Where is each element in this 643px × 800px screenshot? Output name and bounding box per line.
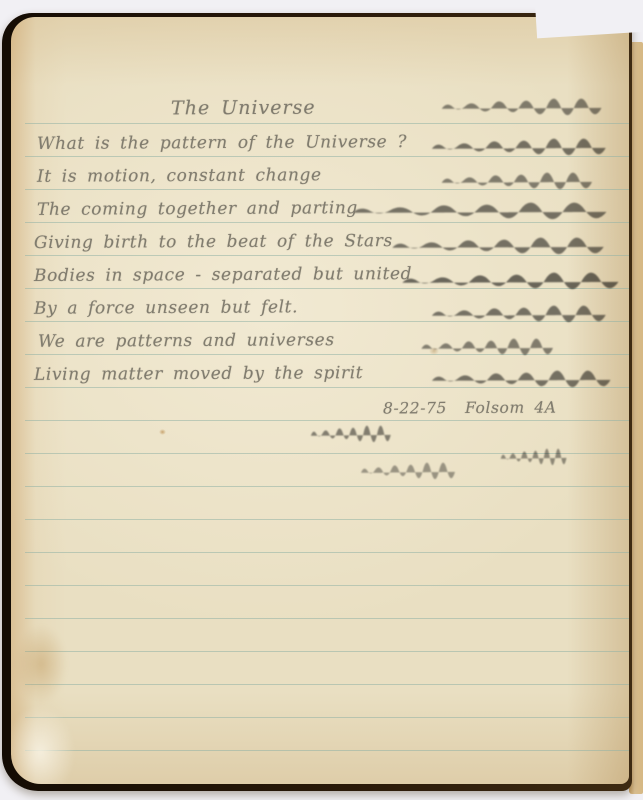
poem-line: It is motion, constant change bbox=[37, 162, 322, 189]
bleedthrough-writing bbox=[440, 98, 610, 116]
notebook-page: The Universe What is the pattern of the … bbox=[11, 17, 629, 784]
poem-line: We are patterns and universes bbox=[38, 327, 335, 355]
page-title: The Universe bbox=[171, 95, 316, 122]
poem-line: What is the pattern of the Universe ? bbox=[37, 129, 407, 157]
date-stamp: 8-22-75 bbox=[383, 399, 447, 417]
notebook-binding-edge: The Universe What is the pattern of the … bbox=[2, 13, 632, 791]
date-attribution-line: 8-22-75Folsom 4A bbox=[383, 395, 557, 422]
poem-line: Giving birth to the beat of the Stars bbox=[34, 228, 393, 256]
location-note: Folsom 4A bbox=[465, 399, 557, 417]
poem-line: Bodies in space - separated but united bbox=[34, 261, 412, 289]
poem-line: Living matter moved by the spirit bbox=[34, 360, 363, 388]
poem-line: By a force unseen but felt. bbox=[34, 294, 298, 321]
page-corner-fold bbox=[535, 0, 643, 38]
poem-line: The coming together and parting bbox=[37, 195, 358, 223]
